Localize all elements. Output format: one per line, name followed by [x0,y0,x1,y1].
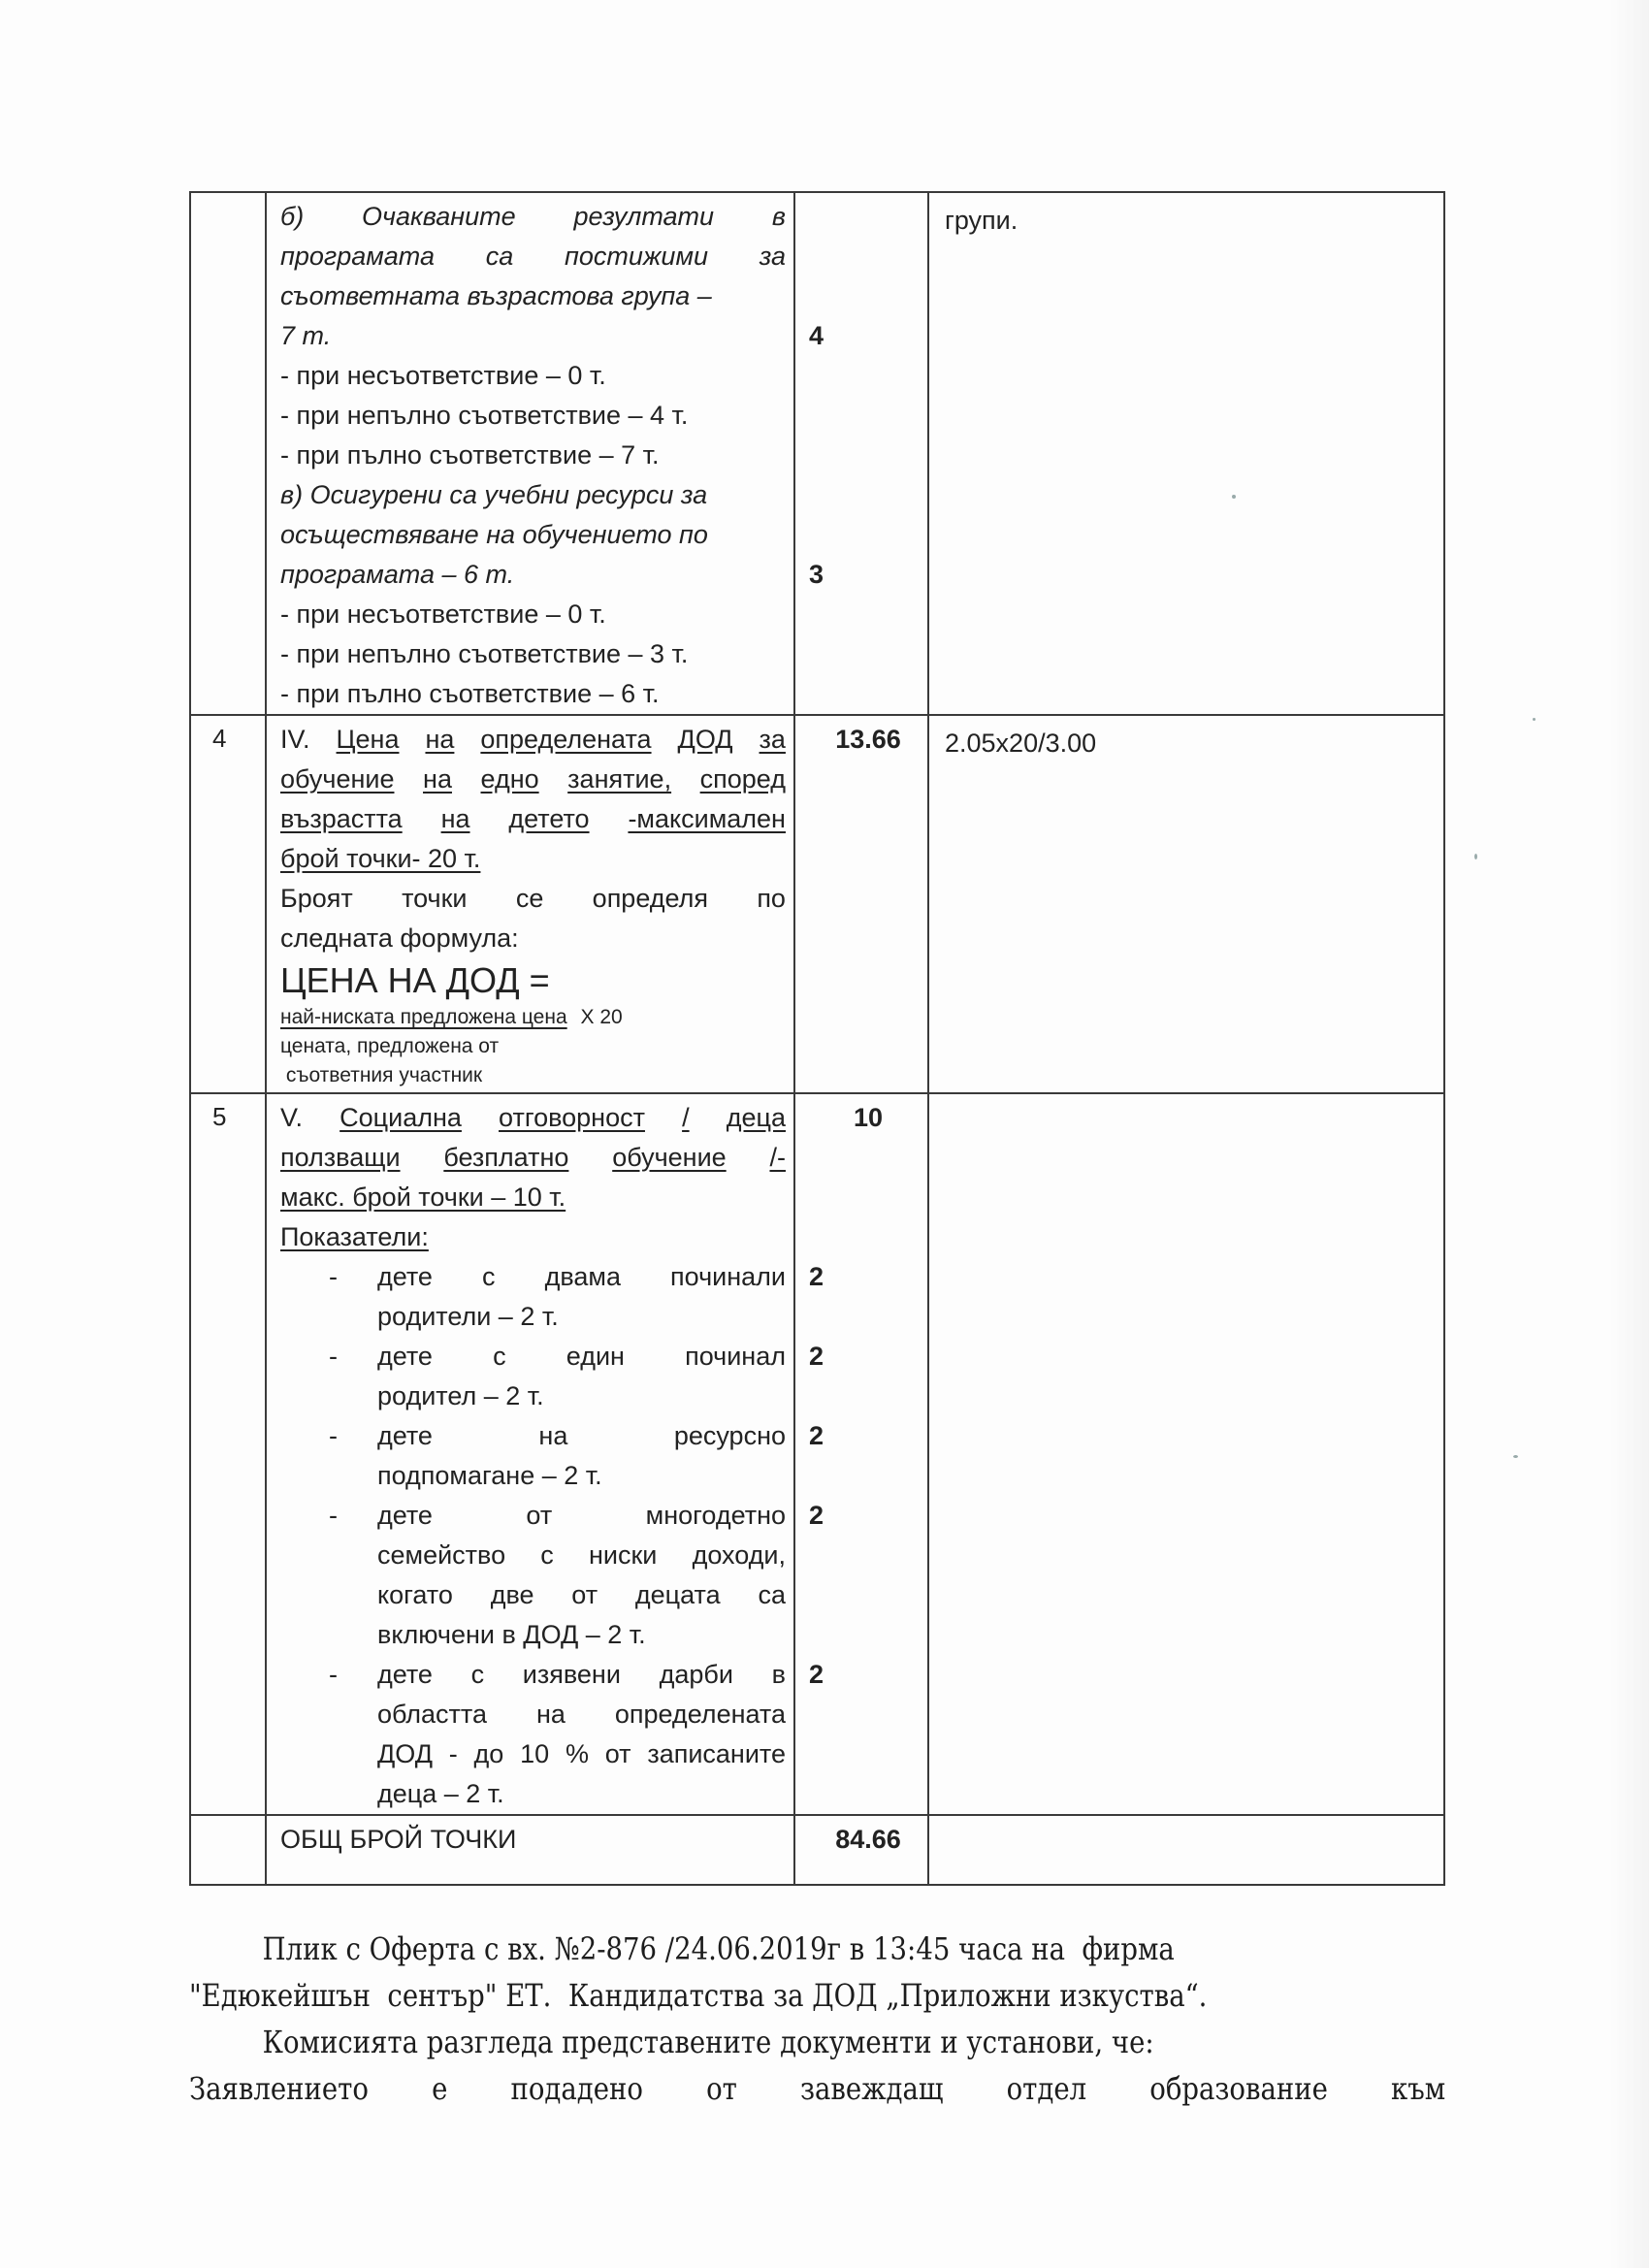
indicator-line: -детенаресурсно [280,1416,786,1456]
word: Заявлението [189,2065,369,2112]
word: на [425,720,454,760]
score-spacer [795,674,927,714]
word: се [516,879,544,919]
criterion-cell: б)Очакванитерезултативпрограматасапостиж… [266,192,794,715]
word: IV. [280,720,310,760]
score-spacer [795,515,927,555]
score-spacer [795,1377,927,1416]
word: Броят [280,879,353,919]
word: завеждащ [800,2065,943,2112]
criterion-title-line: V.Социалнаотговорност/деца [280,1098,786,1138]
formula-denominator: цената, предложена от съответния участни… [280,1032,786,1090]
word: ползващи [280,1138,401,1178]
criterion-title-line: обучениенаеднозанятие,според [280,760,786,799]
score-value: 2 [795,1337,927,1377]
word: починал [685,1337,786,1377]
score-spacer [795,356,927,396]
total-label-cell: ОБЩ БРОЙ ТОЧКИ [266,1815,794,1885]
criterion-line: - при пълно съответствие – 6 т. [280,674,786,714]
word: записаните [647,1734,786,1774]
word: Цена [337,720,400,760]
criterion-title-line: ползващибезплатнообучение/- [280,1138,786,1178]
score-spacer [795,436,927,475]
word: определя [593,879,708,919]
indicator-line: родител – 2 т. [280,1377,786,1416]
evaluation-criteria-table: б)Очакванитерезултативпрограматасапостиж… [189,191,1445,1886]
word: V. [280,1098,303,1138]
scan-page-edge [1610,0,1649,2268]
row-number-cell [190,192,266,715]
word: е [432,2065,447,2112]
paragraph-line: Плик с Оферта с вх. №2-876 /24.06.2019г … [189,1926,1270,1972]
criterion-line: осъществяване на обучението по [280,515,786,555]
criterion-body-line: следната формула: [280,919,786,958]
word: обучение [612,1138,726,1178]
scan-speck [1474,854,1477,859]
word: двама [545,1257,621,1297]
indicator-line: -детеотмногодетно [280,1496,786,1536]
score-cell: 43 [794,192,928,715]
indicator-list: -детесдвамапочиналиродители – 2 т.-детес… [280,1257,786,1814]
word: според [700,760,786,799]
score-spacer [795,1536,927,1575]
criterion-line: съответната възрастова група – [280,276,786,316]
row-number-cell: 5 [190,1093,266,1815]
indicator-line: включени в ДОД – 2 т. [280,1615,786,1655]
word: доходи, [693,1536,786,1575]
total-score-cell: 84.66 [794,1815,928,1885]
indicator-line: областтанаопределената [280,1695,786,1734]
bullet-dash: - [329,1655,338,1695]
note-text: групи. [945,206,1018,235]
score-spacer [795,1297,927,1337]
score-value: 13.66 [795,720,927,760]
score-cell: 13.66 [794,715,928,1093]
paragraph-line: Заявлениетоеподаденоотзавеждащотделобраз… [189,2065,1445,2112]
scan-speck [1232,495,1236,499]
criterion-cell: V.Социалнаотговорност/децаползващибезпла… [266,1093,794,1815]
table-row-total: ОБЩ БРОЙ ТОЧКИ 84.66 [190,1815,1444,1885]
word: отговорност [499,1098,645,1138]
indicator-line: родители – 2 т. [280,1297,786,1337]
score-spacer [795,1217,927,1257]
table-row-continued: б)Очакванитерезултативпрограматасапостиж… [190,192,1444,715]
word: областта [377,1695,487,1734]
word: от [526,1496,552,1536]
word: с [493,1337,506,1377]
score-lines: 1022222 [795,1098,927,1814]
score-spacer [795,1695,927,1734]
word: точки [402,879,467,919]
criterion-cell: IV.ЦенанаопределенатаДОДзаобучениенаедно… [266,715,794,1093]
score-spacer [795,1774,927,1814]
table-row-4: 4 IV.ЦенанаопределенатаДОДзаобучениенаед… [190,715,1444,1093]
note-cell: групи. [928,192,1444,715]
total-label: ОБЩ БРОЙ ТОЧКИ [280,1820,786,1860]
word: от [706,2065,737,2112]
paragraph-offer-envelope: Плик с Оферта с вх. №2-876 /24.06.2019г … [189,1926,1270,2019]
word: безплатно [443,1138,568,1178]
score-spacer [795,197,927,237]
word: са [486,237,514,276]
word: едно [481,760,539,799]
scan-speck [1533,718,1536,721]
word: на [538,1416,567,1456]
score-spacer [795,237,927,276]
paragraph-line: Комисията разгледа представените докумен… [189,2019,1270,2065]
word: Социална [339,1098,462,1138]
word: когато [377,1575,453,1615]
word: в [772,197,786,237]
indicator-line: подпомагане – 2 т. [280,1456,786,1496]
score-value: 10 [795,1098,927,1138]
paragraph-commission-review: Комисията разгледа представените докумен… [189,2019,1270,2112]
word: изявени [523,1655,621,1695]
criterion-title-line: макс. брой точки – 10 т. [280,1178,786,1217]
word: отдел [1007,2065,1087,2112]
formula-numerator-line: най-ниската предложена цена X 20 [280,1003,786,1032]
scan-speck [1513,1455,1518,1458]
total-score: 84.66 [795,1820,927,1860]
indicator-line: когатодвеотдецатаса [280,1575,786,1615]
word: семейство [377,1536,505,1575]
indicators-label: Показатели: [280,1217,786,1257]
criterion-body-line: Броятточкисеопределяпо [280,879,786,919]
word: постижими [565,237,708,276]
criterion-body: Броятточкисеопределяпоследната формула: [280,879,786,958]
note-cell [928,1815,1444,1885]
score-value: 2 [795,1496,927,1536]
criterion-title: V.Социалнаотговорност/децаползващибезпла… [280,1098,786,1217]
criterion-line: - при несъответствие – 0 т. [280,595,786,634]
indicator-line: ДОД-до10%отзаписаните [280,1734,786,1774]
indicator-line: -детесединпочинал [280,1337,786,1377]
underlined-text: брой точки- 20 т. [280,844,480,873]
criterion-line: програматасапостижимиза [280,237,786,276]
score-value: 4 [795,316,927,356]
word: от [605,1734,631,1774]
criterion-lines: б)Очакванитерезултативпрограматасапостиж… [280,197,786,714]
indicator-line: -детесдвамапочинали [280,1257,786,1297]
word: детето [508,799,589,839]
score-lines: 43 [795,193,927,714]
score-value: 3 [795,555,927,595]
row-number-cell: 4 [190,715,266,1093]
word: % [566,1734,589,1774]
word: две [491,1575,534,1615]
formula-multiplier: X 20 [580,1006,622,1028]
word: за [760,237,786,276]
score-value: 2 [795,1655,927,1695]
bullet-dash: - [329,1416,338,1456]
criterion-title-line: IV.ЦенанаопределенатаДОДза [280,720,786,760]
word: резултати [574,197,715,237]
formula-denominator-line: съответния участник [280,1061,786,1090]
word: за [760,720,786,760]
paragraph-line: "Едюкейшън сентър" ЕТ. Кандидатства за Д… [189,1972,1270,2019]
word: деца [727,1098,786,1138]
score-spacer [795,1456,927,1496]
word: дете [377,1496,433,1536]
word: на [423,760,452,799]
word: възрастта [280,799,403,839]
word: по [757,879,786,919]
word: с [540,1536,554,1575]
word: от [571,1575,598,1615]
score-spacer [795,475,927,515]
word: определената [615,1695,786,1734]
word: ниски [589,1536,657,1575]
indicator-line: деца – 2 т. [280,1774,786,1814]
row-number: 4 [212,724,226,753]
word: занятие, [567,760,671,799]
table-row-5: 5 V.Социалнаотговорност/децаползващибезп… [190,1093,1444,1815]
row-number: 5 [212,1102,226,1131]
score-spacer [795,595,927,634]
underlined-text: макс. брой точки – 10 т. [280,1183,566,1212]
score-spacer [795,396,927,436]
criterion-line: в) Осигурени са учебни ресурси за [280,475,786,515]
note-cell [928,1093,1444,1815]
score-spacer [795,634,927,674]
word: с [471,1655,485,1695]
score-cell: 1022222 [794,1093,928,1815]
word: децата [635,1575,721,1615]
criterion-line: - при несъответствие – 0 т. [280,356,786,396]
indicator-line: семействоснискидоходи, [280,1536,786,1575]
bullet-dash: - [329,1337,338,1377]
score-spacer [795,1138,927,1178]
score-spacer [795,276,927,316]
word: програмата [280,237,435,276]
row-number-cell [190,1815,266,1885]
criterion-line: б)Очакванитерезултатив [280,197,786,237]
word: дете [377,1337,433,1377]
word: обучение [280,760,394,799]
word: определената [480,720,651,760]
score-spacer [795,1575,927,1615]
criterion-line: - при пълно съответствие – 7 т. [280,436,786,475]
word: на [536,1695,566,1734]
word: - [449,1734,458,1774]
word: в [772,1655,786,1695]
criterion-title-line: възрасттанадетето-максимален [280,799,786,839]
criterion-line: програмата – 6 т. [280,555,786,595]
word: до [474,1734,504,1774]
score-spacer [795,1178,927,1217]
word: многодетно [646,1496,786,1536]
word: -максимален [628,799,786,839]
word: /- [769,1138,786,1178]
word: един [566,1337,625,1377]
word: към [1391,2065,1445,2112]
word: дете [377,1416,433,1456]
criterion-line: - при непълно съответствие – 4 т. [280,396,786,436]
word: Очакваните [362,197,516,237]
formula-denominator-line: цената, предложена от [280,1032,786,1061]
word: ДОД [377,1734,433,1774]
note-text: 2.05x20/3.00 [945,729,1096,758]
word: ДОД [678,720,733,760]
word: починали [670,1257,786,1297]
criterion-line: - при непълно съответствие – 3 т. [280,634,786,674]
bullet-dash: - [329,1257,338,1297]
word: дете [377,1655,433,1695]
note-cell: 2.05x20/3.00 [928,715,1444,1093]
score-value: 2 [795,1257,927,1297]
word: подадено [511,2065,643,2112]
criterion-title: IV.ЦенанаопределенатаДОДзаобучениенаедно… [280,720,786,879]
word: са [758,1575,786,1615]
criterion-line: 7 т. [280,316,786,356]
word: с [482,1257,496,1297]
word: 10 [520,1734,549,1774]
criterion-title-line: брой точки- 20 т. [280,839,786,879]
word: б) [280,197,304,237]
formula-heading: ЦЕНА НА ДОД = [280,958,786,1003]
score-spacer [795,1734,927,1774]
word: на [441,799,470,839]
formula-numerator: най-ниската предложена цена [280,1006,567,1028]
word: / [682,1098,690,1138]
word: дарби [660,1655,733,1695]
word: дете [377,1257,433,1297]
word: образование [1149,2065,1328,2112]
score-spacer [795,1615,927,1655]
score-value: 2 [795,1416,927,1456]
indicator-line: -детесизявенидарбив [280,1655,786,1695]
bullet-dash: - [329,1496,338,1536]
word: ресурсно [674,1416,786,1456]
